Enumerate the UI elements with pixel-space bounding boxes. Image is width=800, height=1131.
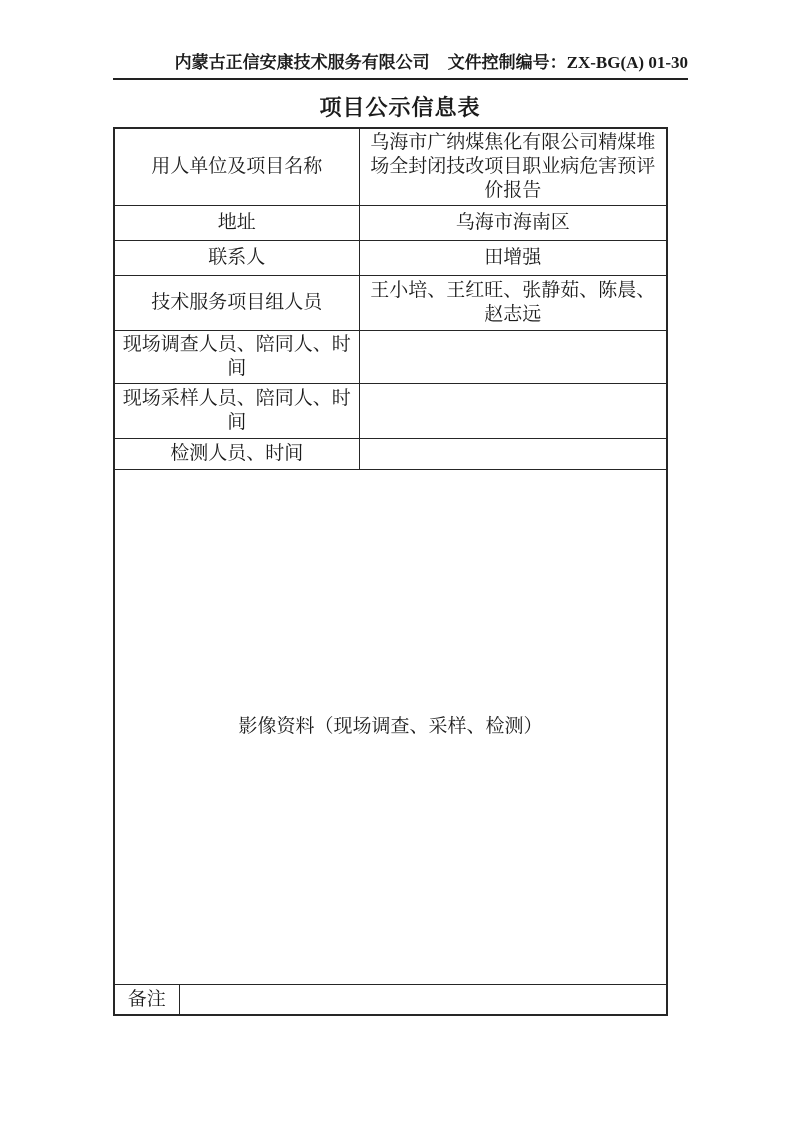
- row-label-cell: 现场采样人员、陪同人、时间: [114, 384, 359, 439]
- row-label-cell: 地址: [114, 206, 359, 241]
- table-row: 联系人 田增强: [114, 241, 667, 276]
- table-row: 现场调查人员、陪同人、时间: [114, 331, 667, 384]
- remark-value-cell: [179, 985, 667, 1016]
- row-value-cell: [359, 439, 667, 470]
- row-label-cell: 技术服务项目组人员: [114, 276, 359, 331]
- row-label-cell: 现场调查人员、陪同人、时间: [114, 331, 359, 384]
- row-label-cell: 联系人: [114, 241, 359, 276]
- project-info-table: 用人单位及项目名称 乌海市广纳煤焦化有限公司精煤堆场全封闭技改项目职业病危害预评…: [113, 127, 668, 1016]
- page-header: 内蒙古正信安康技术服务有限公司 文件控制编号：ZX-BG(A) 01-30: [113, 52, 688, 80]
- document-page: 内蒙古正信安康技术服务有限公司 文件控制编号：ZX-BG(A) 01-30 项目…: [0, 0, 800, 1131]
- media-section-row: 影像资料（现场调查、采样、检测）: [114, 470, 667, 985]
- row-value-cell: 王小培、王红旺、张静茹、陈晨、赵志远: [359, 276, 667, 331]
- company-name: 内蒙古正信安康技术服务有限公司: [175, 52, 430, 74]
- row-label-cell: 用人单位及项目名称: [114, 128, 359, 206]
- table-row: 检测人员、时间: [114, 439, 667, 470]
- row-value-cell: [359, 384, 667, 439]
- row-label-cell: 检测人员、时间: [114, 439, 359, 470]
- row-value-cell: [359, 331, 667, 384]
- table-row: 地址 乌海市海南区: [114, 206, 667, 241]
- doc-control-number: 文件控制编号：ZX-BG(A) 01-30: [448, 52, 688, 74]
- row-value-cell: 田增强: [359, 241, 667, 276]
- remark-row: 备注: [114, 985, 667, 1016]
- table-row: 用人单位及项目名称 乌海市广纳煤焦化有限公司精煤堆场全封闭技改项目职业病危害预评…: [114, 128, 667, 206]
- table-row: 技术服务项目组人员 王小培、王红旺、张静茹、陈晨、赵志远: [114, 276, 667, 331]
- remark-label-cell: 备注: [114, 985, 179, 1016]
- table-row: 现场采样人员、陪同人、时间: [114, 384, 667, 439]
- row-value-cell: 乌海市广纳煤焦化有限公司精煤堆场全封闭技改项目职业病危害预评价报告: [359, 128, 667, 206]
- page-title: 项目公示信息表: [0, 94, 800, 121]
- media-section-cell: 影像资料（现场调查、采样、检测）: [114, 470, 667, 985]
- row-value-cell: 乌海市海南区: [359, 206, 667, 241]
